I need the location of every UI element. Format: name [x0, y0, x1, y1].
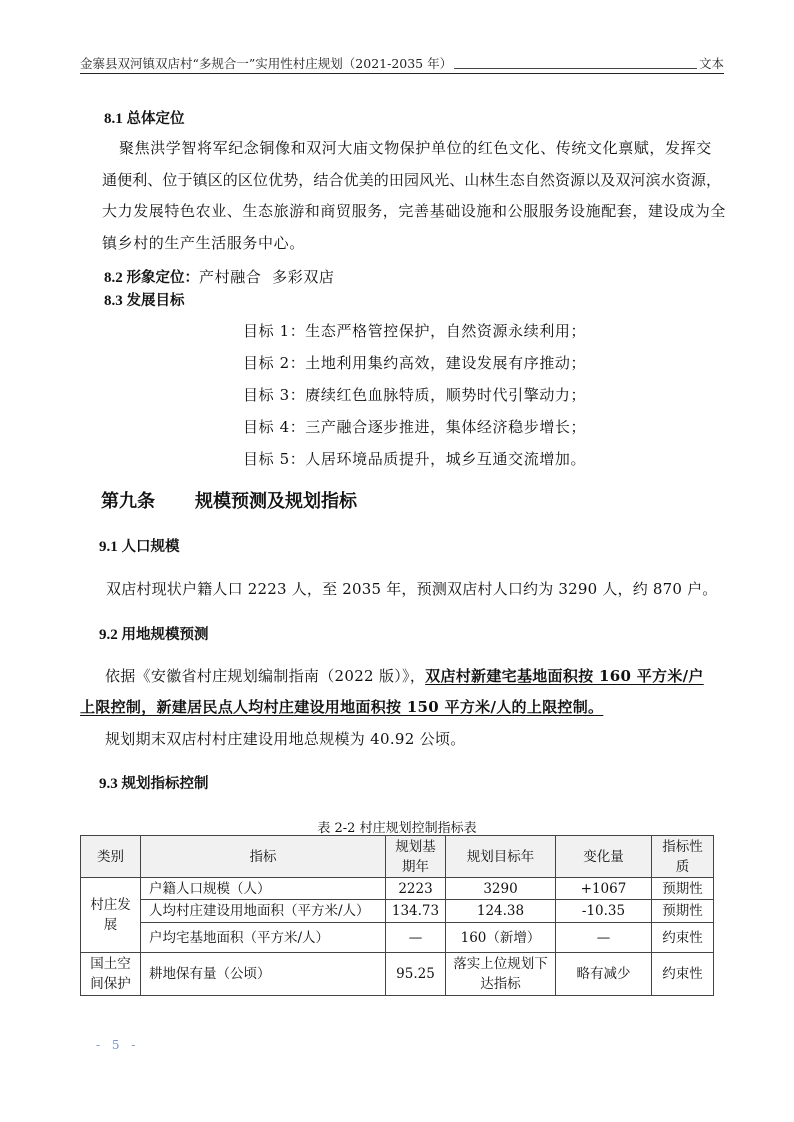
base-year-cell: 134.73: [386, 900, 446, 923]
header-title: 金寨县双河镇双店村“多规合一”实用性村庄规划（2021-2035 年）: [80, 55, 452, 73]
heading-text: 规划指标控制: [122, 776, 209, 792]
column-header: 类别: [81, 836, 141, 878]
heading-number: 9.3: [99, 776, 118, 792]
paragraph-8-1-line-3: 大力发展特色农业、生态旅游和商贸服务，完善基础设施和公服服务设施配套，建设成为全: [102, 200, 726, 221]
heading-text: 发展目标: [127, 293, 185, 309]
change-cell: 略有减少: [556, 953, 652, 996]
base-year-cell: —: [386, 923, 446, 953]
base-year-cell: 95.25: [386, 953, 446, 996]
change-cell: —: [556, 923, 652, 953]
heading-number: 9.1: [99, 539, 118, 555]
goal-item-2: 目标 2：土地利用集约高效，建设发展有序推动；: [243, 352, 586, 373]
target-year-cell: 160（新增）: [446, 923, 556, 953]
section-heading-8-1: 8.1 总体定位: [104, 107, 185, 128]
target-year-cell: 124.38: [446, 900, 556, 923]
change-cell: +1067: [556, 878, 652, 900]
section-heading-8-2: 8.2 形象定位：产村融合 多彩双店: [104, 266, 335, 287]
paragraph-9-2-line-2: 上限控制，新建居民点人均村庄建设用地面积按 150 平方米/人的上限控制。: [80, 696, 603, 717]
column-header: 指标: [141, 836, 386, 878]
column-header: 变化量: [556, 836, 652, 878]
section-heading-9-1: 9.1 人口规模: [99, 535, 180, 556]
category-cell: 国土空间保护: [81, 953, 141, 996]
nature-cell: 约束性: [652, 923, 714, 953]
table-row: 人均村庄建设用地面积（平方米/人） 134.73 124.38 -10.35 预…: [81, 900, 714, 923]
column-header: 规划目标年: [446, 836, 556, 878]
paragraph-9-2-line-1: 依据《安徽省村庄规划编制指南（2022 版）》，双店村新建宅基地面积按 160 …: [105, 665, 704, 686]
header-rule: [454, 59, 697, 69]
nature-cell: 预期性: [652, 900, 714, 923]
article-title: 规模预测及规划指标: [195, 491, 357, 512]
page-header: 金寨县双河镇双店村“多规合一”实用性村庄规划（2021-2035 年） 文本: [80, 55, 724, 74]
change-cell: -10.35: [556, 900, 652, 923]
category-cell: 村庄发展: [81, 878, 141, 953]
table-row: 国土空间保护 耕地保有量（公顷） 95.25 落实上位规划下达指标 略有减少 约…: [81, 953, 714, 996]
article-heading: 第九条规模预测及规划指标: [101, 487, 357, 513]
paragraph-9-1: 双店村现状户籍人口 2223 人，至 2035 年，预测双店村人口约为 3290…: [106, 578, 718, 599]
emphasized-text: 上限控制，新建居民点人均村庄建设用地面积按 150 平方米/人的上限控制。: [80, 698, 603, 716]
heading-number: 9.2: [99, 627, 118, 643]
heading-number: 8.3: [104, 293, 123, 309]
goal-item-4: 目标 4：三产融合逐步推进，集体经济稳步增长；: [243, 416, 586, 437]
indicator-cell: 户均宅基地面积（平方米/人）: [141, 923, 386, 953]
emphasized-text: 双店村新建宅基地面积按 160 平方米/户: [425, 667, 704, 685]
paragraph-8-1-line-1: 聚焦洪学智将军纪念铜像和双河大庙文物保护单位的红色文化、传统文化禀赋，发挥交: [119, 137, 712, 158]
target-year-cell: 落实上位规划下达指标: [446, 953, 556, 996]
section-heading-9-2: 9.2 用地规模预测: [99, 623, 209, 644]
table-header-row: 类别 指标 规划基期年 规划目标年 变化量 指标性质: [81, 836, 714, 878]
table-row: 户均宅基地面积（平方米/人） — 160（新增） — 约束性: [81, 923, 714, 953]
planning-indicator-table: 类别 指标 规划基期年 规划目标年 变化量 指标性质 村庄发展 户籍人口规模（人…: [80, 835, 714, 996]
table-row: 村庄发展 户籍人口规模（人） 2223 3290 +1067 预期性: [81, 878, 714, 900]
article-label: 第九条: [101, 491, 155, 512]
column-header: 规划基期年: [386, 836, 446, 878]
section-heading-8-3: 8.3 发展目标: [104, 289, 185, 310]
paragraph-8-1-line-4: 镇乡村的生产生活服务中心。: [102, 232, 305, 253]
indicator-cell: 人均村庄建设用地面积（平方米/人）: [141, 900, 386, 923]
base-year-cell: 2223: [386, 878, 446, 900]
paragraph-lead: 依据《安徽省村庄规划编制指南（2022 版）》，: [105, 667, 425, 685]
page-number: - 5 -: [96, 1038, 139, 1052]
goal-item-1: 目标 1：生态严格管控保护，自然资源永续利用；: [243, 320, 586, 341]
indicator-cell: 户籍人口规模（人）: [141, 878, 386, 900]
table-caption: 表 2-2 村庄规划控制指标表: [0, 817, 794, 836]
heading-text: 用地规模预测: [122, 627, 209, 643]
indicator-cell: 耕地保有量（公顷）: [141, 953, 386, 996]
heading-number: 8.2: [104, 270, 123, 286]
nature-cell: 约束性: [652, 953, 714, 996]
nature-cell: 预期性: [652, 878, 714, 900]
paragraph-9-2-total: 规划期末双店村村庄建设用地总规模为 40.92 公顷。: [105, 728, 466, 749]
heading-text: 总体定位: [127, 111, 185, 127]
heading-text: 人口规模: [122, 539, 180, 555]
header-tag: 文本: [699, 55, 724, 73]
heading-text: 形象定位：: [127, 270, 200, 286]
image-positioning-value: 产村融合 多彩双店: [199, 268, 335, 286]
heading-number: 8.1: [104, 111, 123, 127]
paragraph-8-1-line-2: 通便利、位于镇区的区位优势，结合优美的田园风光、山林生态自然资源以及双河滨水资源…: [102, 169, 721, 190]
goal-item-3: 目标 3：赓续红色血脉特质，顺势时代引擎动力；: [243, 384, 586, 405]
target-year-cell: 3290: [446, 878, 556, 900]
column-header: 指标性质: [652, 836, 714, 878]
section-heading-9-3: 9.3 规划指标控制: [99, 772, 209, 793]
goal-item-5: 目标 5：人居环境品质提升，城乡互通交流增加。: [243, 448, 586, 469]
